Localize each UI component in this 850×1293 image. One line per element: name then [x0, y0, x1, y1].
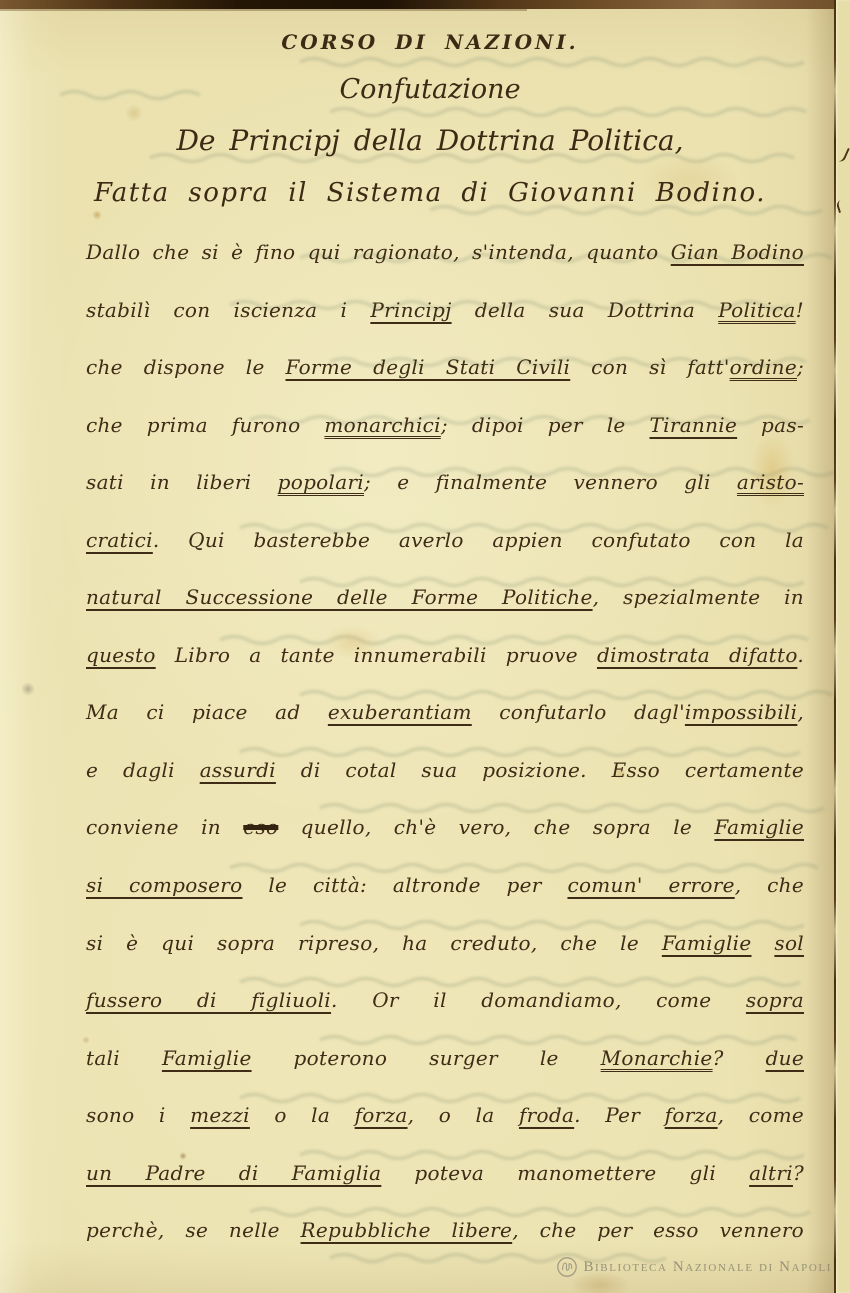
manuscript-line: e dagli assurdi di cotal sua posizione. … [86, 758, 804, 816]
manuscript-subtitle-3: Fatta sopra il Sistema di Giovanni Bodin… [30, 178, 830, 208]
manuscript-line: Ma ci piace ad exuberantiam confutarlo d… [86, 700, 804, 758]
manuscript-line: sati in liberi popolari; e finalmente ve… [86, 470, 804, 528]
manuscript-line: Dallo che si è fino qui ragionato, s'int… [86, 240, 804, 298]
manuscript-line: sono i mezzi o la forza, o la froda. Per… [86, 1103, 804, 1161]
watermark-label: Biblioteca Nazionale di Napoli [583, 1259, 832, 1276]
manuscript-line: si composero le città: altronde per comu… [86, 873, 804, 931]
manuscript-line: cratici. Qui basterebbe averlo appien co… [86, 528, 804, 586]
manuscript-line: che prima furono monarchici; dipoi per l… [86, 413, 804, 471]
manuscript-scan: CORSO DI NAZIONI. Confutazione De Princi… [0, 0, 850, 1293]
manuscript-line: che dispone le Forme degli Stati Civili … [86, 355, 804, 413]
library-watermark: Biblioteca Nazionale di Napoli [556, 1256, 832, 1278]
manuscript-line: questo Libro a tante innumerabili pruove… [86, 643, 804, 701]
manuscript-line: natural Successione delle Forme Politich… [86, 585, 804, 643]
manuscript-line: stabilì con iscienza i Principj della su… [86, 298, 804, 356]
manuscript-line: si è qui sopra ripreso, ha creduto, che … [86, 931, 804, 989]
manuscript-subtitle-2: De Principj della Dottrina Politica, [30, 124, 830, 157]
manuscript-subtitle-1: Confutazione [30, 74, 830, 105]
manuscript-header: CORSO DI NAZIONI. [30, 30, 830, 54]
manuscript-line: tali Famiglie poterono surger le Monarch… [86, 1046, 804, 1104]
manuscript-line: un Padre di Famiglia poteva manomettere … [86, 1161, 804, 1219]
manuscript-line: fussero di figliuoli. Or il domandiamo, … [86, 988, 804, 1046]
body-lines: Dallo che si è fino qui ragionato, s'int… [86, 240, 804, 1276]
scan-top-edge [0, 0, 850, 9]
manuscript-line: conviene in eso quello, ch'è vero, che s… [86, 815, 804, 873]
page-crease-line [834, 0, 836, 1293]
bnn-monogram-icon [556, 1256, 578, 1278]
facing-page-sliver [835, 0, 850, 1293]
